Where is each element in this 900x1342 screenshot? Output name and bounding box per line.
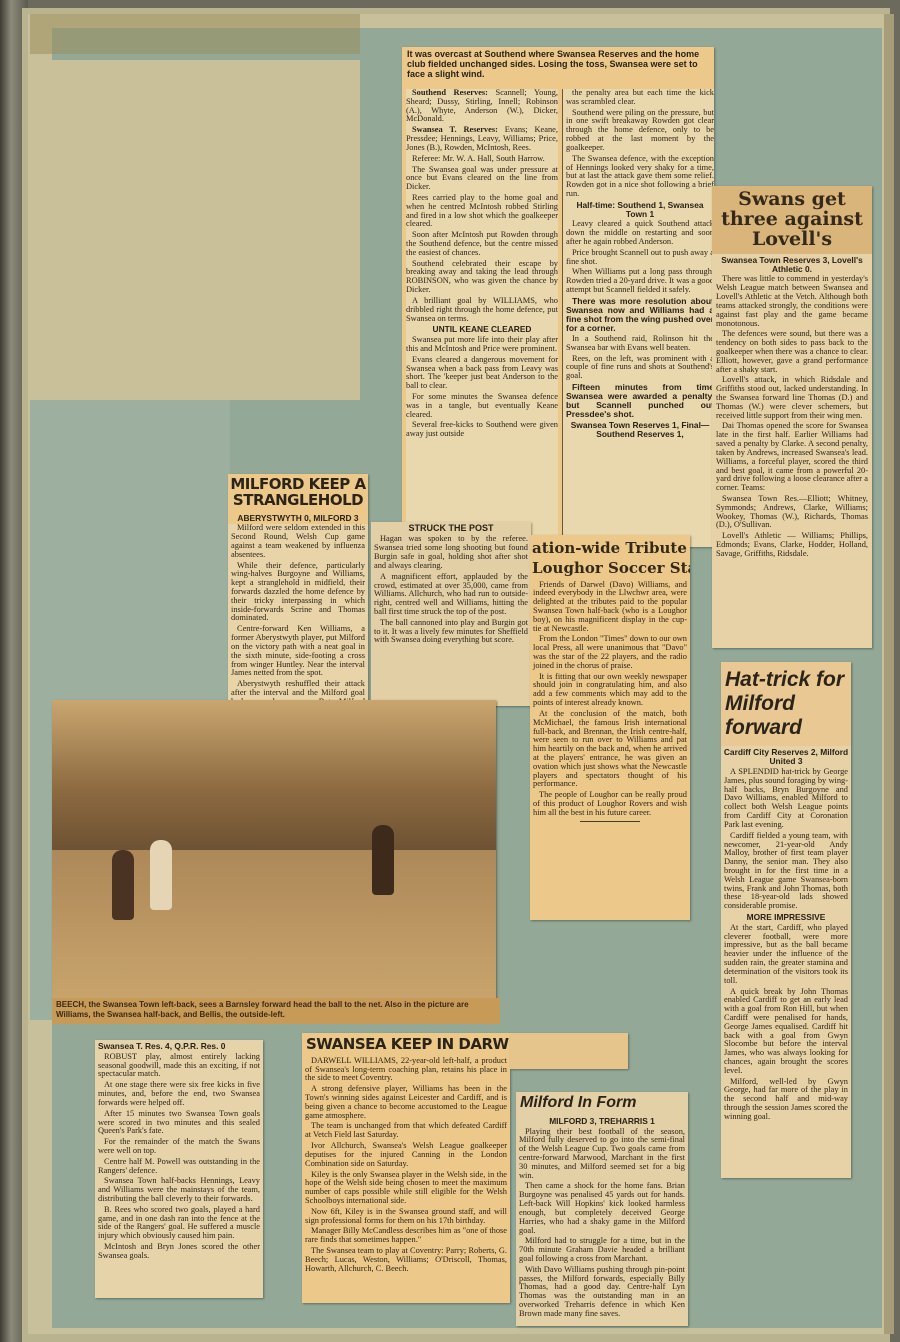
- paragraph: Soon after McIntosh put Rowden through t…: [406, 231, 558, 257]
- paragraph: Swansea Town half-backs Hennings, Leavy …: [98, 1177, 260, 1203]
- hattrick-score: Cardiff City Reserves 2, Milford United …: [721, 748, 851, 766]
- qpr-score: Swansea T. Res. 4, Q.P.R. Res. 0: [95, 1042, 263, 1051]
- paragraph: Rees carried play to the home goal and w…: [406, 194, 558, 229]
- paragraph: Friends of Darwel (Davo) Williams, and i…: [533, 581, 687, 634]
- paragraph: It is fitting that our own weekly newspa…: [533, 673, 687, 708]
- paragraph: For some minutes the Swansea defence was…: [406, 393, 558, 419]
- paragraph: Manager Billy McCandless describes him a…: [305, 1227, 507, 1245]
- paragraph: With Davo Williams pushing through pin-p…: [519, 1266, 685, 1319]
- clipping-loughor-tribute: ation-wide Tribute to Loughor Soccer Sta…: [530, 535, 690, 920]
- paragraph: The ball cannoned into play and Burgin g…: [374, 619, 528, 645]
- paragraph: Cardiff fielded a young team, with newco…: [724, 832, 848, 911]
- paragraph: A magnificent effort, applauded by the c…: [374, 573, 528, 617]
- paragraph: A SPLENDID hat-trick by George James, pl…: [724, 768, 848, 830]
- hattrick-headline: Hat-trick for Milford forward: [721, 662, 851, 746]
- subhead-until-keane: UNTIL KEANE CLEARED: [406, 325, 558, 334]
- southend-intro: It was overcast at Southend where Swanse…: [402, 47, 714, 83]
- paragraph: Swansea put more life into their play af…: [406, 336, 558, 354]
- end-rule: [580, 821, 640, 822]
- paragraph: Southend were piling on the pressure, bu…: [566, 109, 714, 153]
- paragraph: A brilliant goal by WILLIAMS, who dribbl…: [406, 297, 558, 323]
- paragraph: A strong defensive player, Williams has …: [305, 1085, 507, 1120]
- paragraph: While their defence, particularly wing-h…: [231, 562, 365, 624]
- paragraph: From the London "Times" down to our own …: [533, 635, 687, 670]
- paragraph: B. Rees who scored two goals, played a h…: [98, 1206, 260, 1241]
- paragraph: The team is unchanged from that which de…: [305, 1122, 507, 1140]
- penalty-paragraph: Fifteen minutes from time Swansea were a…: [566, 383, 714, 419]
- paragraph: There was little to commend in yesterday…: [716, 275, 868, 328]
- paragraph: The Swansea team to play at Coventry: Pa…: [305, 1247, 507, 1273]
- tan-paper-edge: [30, 60, 360, 400]
- clipping-hattrick: Hat-trick for Milford forward Cardiff Ci…: [721, 662, 851, 1178]
- paragraph: Milford were seldom extended in this Sec…: [231, 524, 365, 559]
- lovells-swansea-team: Swansea Town Res.—Elliott; Whitney, Symm…: [716, 495, 868, 530]
- photo-player: [150, 840, 172, 910]
- photo-player: [372, 825, 394, 895]
- lovells-athletic-team: Lovell's Athletic — Williams; Phillips, …: [716, 532, 868, 558]
- clipping-milford-in-form: Milford In Form MILFORD 3, TREHARRIS 1 P…: [516, 1092, 688, 1326]
- paragraph: Leavy cleared a quick Southend attack do…: [566, 220, 714, 246]
- paragraph: Kiley is the only Swansea player in the …: [305, 1171, 507, 1206]
- paragraph: In a Southend raid, Rolinson hit the Swa…: [566, 335, 714, 353]
- paragraph: Several free-kicks to Southend were give…: [406, 421, 558, 439]
- paragraph: Then came a shock for the home fans. Bri…: [519, 1182, 685, 1235]
- clipping-struck-the-post: STRUCK THE POST Hagan was spoken to by t…: [371, 522, 531, 706]
- paragraph: Rees, on the left, was prominent with a …: [566, 355, 714, 381]
- paragraph: DARWELL WILLIAMS, 22-year-old left-half,…: [305, 1057, 507, 1083]
- paragraph: McIntosh and Bryn Jones scored the other…: [98, 1243, 260, 1261]
- paragraph: Now 6ft, Kiley is in the Swansea ground …: [305, 1208, 507, 1226]
- clipping-darwell-williams: SWANSEA KEEP IN DARWELL WILLIAM DARWELL …: [302, 1033, 510, 1303]
- resolution-paragraph: There was more resolution about Swansea …: [566, 297, 714, 333]
- photo-grandstand: [52, 700, 496, 850]
- photo-player: [112, 850, 134, 920]
- halftime-score: Half-time: Southend 1, Swansea Town 1: [566, 201, 714, 219]
- paragraph: Ivor Allchurch, Swansea's Welsh League g…: [305, 1142, 507, 1168]
- paragraph: Evans cleared a dangerous movement for S…: [406, 356, 558, 391]
- lovells-headline: Swans get three against Lovell's: [712, 186, 872, 254]
- paragraph: Hagan was spoken to by the referee. Swan…: [374, 535, 528, 570]
- paragraph: Milford had to struggle for a time, but …: [519, 1237, 685, 1263]
- paragraph: For the remainder of the match the Swans…: [98, 1138, 260, 1156]
- milford-form-headline: Milford In Form: [516, 1092, 688, 1115]
- paragraph: Centre-forward Ken Williams, a former Ab…: [231, 625, 365, 678]
- paragraph: When Williams put a long pass through, R…: [566, 268, 714, 294]
- paragraph: ROBUST play, almost entirely lacking sea…: [98, 1053, 260, 1079]
- match-photograph: [52, 700, 496, 1000]
- tribute-headline-line2: Loughor Soccer Star: [530, 559, 690, 581]
- tribute-headline-line1: ation-wide Tribute to: [530, 535, 690, 559]
- clipping-southend: It was overcast at Southend where Swanse…: [402, 47, 714, 547]
- final-score: Swansea Town Reserves 1, Final—Southend …: [566, 421, 714, 439]
- paragraph: After 15 minutes two Swansea Town goals …: [98, 1110, 260, 1136]
- stranglehold-headline: MILFORD KEEP A STRANGLEHOLD: [228, 474, 368, 512]
- paragraph: Playing their best football of the seaso…: [519, 1128, 685, 1181]
- paragraph: The Swansea goal was under pressure at o…: [406, 166, 558, 192]
- paragraph: At one stage there were six free kicks i…: [98, 1081, 260, 1107]
- southend-team-label: Southend Reserves:: [412, 89, 488, 97]
- paragraph: the penalty area but each time the kick …: [566, 89, 714, 107]
- paragraph: The people of Loughor can be really prou…: [533, 791, 687, 817]
- paragraph: At the conclusion of the match, both McM…: [533, 710, 687, 789]
- milford-form-score: MILFORD 3, TREHARRIS 1: [516, 1117, 688, 1126]
- hattrick-subhead: MORE IMPRESSIVE: [724, 913, 848, 922]
- paragraph: Price brought Scannell out to push away …: [566, 249, 714, 267]
- paragraph: A quick break by John Thomas enabled Car…: [724, 988, 848, 1076]
- paragraph: Dai Thomas opened the score for Swansea …: [716, 422, 868, 493]
- paragraph: Lovell's attack, in which Ridsdale and G…: [716, 376, 868, 420]
- struck-post-subhead: STRUCK THE POST: [371, 524, 531, 533]
- clipping-milford-stranglehold: MILFORD KEEP A STRANGLEHOLD ABERYSTWYTH …: [228, 474, 368, 706]
- lovells-score: Swansea Town Reserves 3, Lovell's Athlet…: [712, 256, 872, 274]
- glue-stain: [30, 14, 360, 54]
- clipping-lovells: Swans get three against Lovell's Swansea…: [712, 186, 872, 648]
- swansea-team-label: Swansea T. Reserves:: [412, 125, 498, 134]
- referee: Referee: Mr. W. A. Hall, South Harrow.: [406, 155, 558, 164]
- paragraph: Centre half M. Powell was outstanding in…: [98, 1158, 260, 1176]
- paragraph: The defences were sound, but there was a…: [716, 330, 868, 374]
- paragraph: Milford, well-led by Gwyn George, had fa…: [724, 1078, 848, 1122]
- clipping-qpr: Swansea T. Res. 4, Q.P.R. Res. 0 ROBUST …: [95, 1040, 263, 1298]
- paragraph: Southend celebrated their escape by brea…: [406, 260, 558, 295]
- stranglehold-score: ABERYSTWYTH 0, MILFORD 3: [228, 514, 368, 523]
- paragraph: At the start, Cardiff, who played clever…: [724, 924, 848, 986]
- darwell-headline-strip: [510, 1033, 628, 1069]
- paragraph: The Swansea defence, with the exception …: [566, 155, 714, 199]
- photo-caption: BEECH, the Swansea Town left-back, sees …: [52, 998, 500, 1024]
- darwell-headline: SWANSEA KEEP IN DARWELL WILLIAM: [302, 1033, 510, 1057]
